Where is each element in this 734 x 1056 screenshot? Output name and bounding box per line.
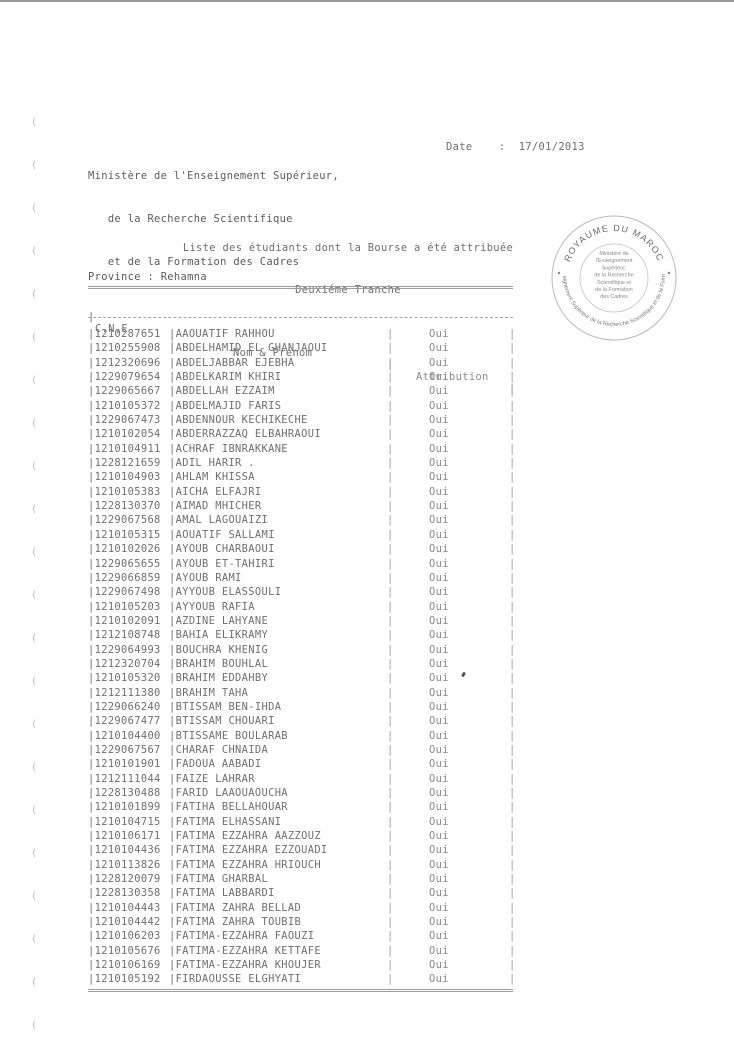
cell-cne: |1210104436 bbox=[88, 843, 161, 857]
cell-name: |AHLAM KHISSA bbox=[169, 470, 255, 484]
cell-cne: |1210255908 bbox=[88, 341, 161, 355]
cell-name: |FATIMA EZZAHRA HRIOUCH bbox=[169, 858, 321, 872]
cell-cne: |1210105383 bbox=[88, 485, 161, 499]
punch-mark: ( bbox=[31, 978, 37, 988]
cell-name: |CHARAF CHNAIDA bbox=[169, 743, 268, 757]
page-top-edge bbox=[0, 0, 734, 2]
cell-attribution: Oui bbox=[429, 557, 449, 571]
cell-attribution: Oui bbox=[429, 513, 449, 527]
cell-attribution: Oui bbox=[429, 499, 449, 513]
cell-attribution: Oui bbox=[429, 571, 449, 585]
cell-attribution: Oui bbox=[429, 643, 449, 657]
cell-name: |BTISSAM BEN-IHDA bbox=[169, 700, 281, 714]
cell-cne: |1228130488 bbox=[88, 786, 161, 800]
cell-attribution: Oui bbox=[429, 585, 449, 599]
cell-cne: |1210105203 bbox=[88, 600, 161, 614]
cell-attribution: Oui bbox=[429, 327, 449, 341]
cell-attribution: Oui bbox=[429, 470, 449, 484]
date-label: Date bbox=[446, 141, 472, 153]
cell-name: |ABDELHAMID EL GHANJAOUI bbox=[169, 341, 328, 355]
svg-text:l'Enseignement: l'Enseignement bbox=[596, 258, 633, 264]
cell-attribution: Oui bbox=[429, 442, 449, 456]
cell-attribution: Oui bbox=[429, 772, 449, 786]
column-header-attribution: Attribution bbox=[416, 371, 489, 383]
cell-cne: |1229067477 bbox=[88, 714, 161, 728]
punch-mark: ( bbox=[31, 849, 37, 859]
cell-attribution: Oui bbox=[429, 901, 449, 915]
cell-attribution: Oui bbox=[429, 929, 449, 943]
table-header-rule bbox=[88, 317, 513, 318]
document-title: Liste des étudiants dont la Bourse a été… bbox=[88, 241, 608, 255]
cell-name: |ABDELJABBAR EJEBHA bbox=[169, 356, 295, 370]
date-value: 17/01/2013 bbox=[519, 141, 585, 153]
cell-cne: |1210104400 bbox=[88, 729, 161, 743]
cell-name: |ABDELLAH EZZAIM bbox=[169, 384, 275, 398]
cell-name: |ACHRAF IBNRAKKANE bbox=[169, 442, 288, 456]
cell-attribution: Oui bbox=[429, 341, 449, 355]
document-title-block: Liste des étudiants dont la Bourse a été… bbox=[88, 213, 608, 311]
cell-cne: |1210105192 bbox=[88, 972, 161, 986]
cell-attribution: Oui bbox=[429, 657, 449, 671]
ministry-line: Ministère de l'Enseignement Supérieur, bbox=[88, 169, 339, 183]
cell-attribution: Oui bbox=[429, 384, 449, 398]
cell-cne: |1228130370 bbox=[88, 499, 161, 513]
cell-cne: |1210287651 bbox=[88, 327, 161, 341]
cell-cne: |1210105372 bbox=[88, 399, 161, 413]
cell-name: |BOUCHRA KHENIG bbox=[169, 643, 268, 657]
cell-name: |FATIHA BELLAHOUAR bbox=[169, 800, 288, 814]
punch-mark: ( bbox=[31, 290, 37, 300]
cell-attribution: Oui bbox=[429, 600, 449, 614]
punch-mark: ( bbox=[31, 462, 37, 472]
cell-attribution: Oui bbox=[429, 786, 449, 800]
cell-name: |FATIMA GHARBAL bbox=[169, 872, 268, 886]
cell-name: |ABDELKARIM KHIRI bbox=[169, 370, 281, 384]
punch-mark: ( bbox=[31, 591, 37, 601]
cell-cne: |1229066240 bbox=[88, 700, 161, 714]
cell-cne: |1212111380 bbox=[88, 686, 161, 700]
cell-name: |BAHIA ELIKRAMY bbox=[169, 628, 268, 642]
cell-cne: |1229065667 bbox=[88, 384, 161, 398]
cell-cne: |1210101899 bbox=[88, 800, 161, 814]
cell-cne: |1229064993 bbox=[88, 643, 161, 657]
cell-cne: |1210105315 bbox=[88, 528, 161, 542]
punch-mark: ( bbox=[31, 118, 37, 128]
cell-name: |AIMAD MHICHER bbox=[169, 499, 261, 513]
cell-cne: |1229067473 bbox=[88, 413, 161, 427]
cell-name: |BRAHIM TAHA bbox=[169, 686, 248, 700]
cell-attribution: Oui bbox=[429, 972, 449, 986]
table-bottom-rule bbox=[88, 989, 513, 992]
punch-mark: ( bbox=[31, 892, 37, 902]
punch-mark: ( bbox=[31, 247, 37, 257]
cell-attribution: Oui bbox=[429, 800, 449, 814]
cell-attribution: Oui bbox=[429, 858, 449, 872]
cell-attribution: Oui bbox=[429, 886, 449, 900]
cell-cne: |1210101901 bbox=[88, 757, 161, 771]
punch-mark: ( bbox=[31, 333, 37, 343]
cell-name: |AYOUB RAMI bbox=[169, 571, 242, 585]
cell-cne: |1212320696 bbox=[88, 356, 161, 370]
cell-attribution: Oui bbox=[429, 456, 449, 470]
cell-cne: |1210104911 bbox=[88, 442, 161, 456]
cell-attribution: Oui bbox=[429, 829, 449, 843]
stamp-outer-text: ROYAUME DU MAROC bbox=[562, 223, 666, 263]
cell-attribution: Oui bbox=[429, 729, 449, 743]
cell-attribution: Oui bbox=[429, 714, 449, 728]
cell-name: |AOUATIF SALLAMI bbox=[169, 528, 275, 542]
cell-cne: |1210102091 bbox=[88, 614, 161, 628]
cell-name: |FATIMA ELHASSANI bbox=[169, 815, 281, 829]
province-line: Province : Rehamna bbox=[88, 271, 207, 283]
punch-mark: ( bbox=[31, 677, 37, 687]
punch-mark: ( bbox=[31, 376, 37, 386]
cell-cne: |1228120079 bbox=[88, 872, 161, 886]
cell-name: |AYYOUB ELASSOULI bbox=[169, 585, 281, 599]
cell-cne: |1229067567 bbox=[88, 743, 161, 757]
cell-name: |AYOUB CHARBAOUI bbox=[169, 542, 275, 556]
cell-cne: |1210106169 bbox=[88, 958, 161, 972]
cell-attribution: Oui bbox=[429, 686, 449, 700]
punch-mark: ( bbox=[31, 548, 37, 558]
cell-cne: |1229065655 bbox=[88, 557, 161, 571]
province-label: Province bbox=[88, 271, 141, 283]
cell-attribution: Oui bbox=[429, 370, 449, 384]
cell-name: |FATIMA ZAHRA BELLAD bbox=[169, 901, 301, 915]
cell-attribution: Oui bbox=[429, 628, 449, 642]
cell-cne: |1212320704 bbox=[88, 657, 161, 671]
svg-text:de la Recherche: de la Recherche bbox=[594, 273, 633, 279]
cell-cne: |1228121659 bbox=[88, 456, 161, 470]
cell-attribution: Oui bbox=[429, 356, 449, 370]
cell-cne: |1212111044 bbox=[88, 772, 161, 786]
cell-cne: |1210105320 bbox=[88, 671, 161, 685]
cell-name: |FATIMA EZZAHRA AAZZOUZ bbox=[169, 829, 321, 843]
cell-name: |ABDENNOUR KECHIKECHE bbox=[169, 413, 308, 427]
cell-attribution: Oui bbox=[429, 427, 449, 441]
cell-name: |FATIMA-EZZAHRA FAOUZI bbox=[169, 929, 314, 943]
cell-cne: |1210104443 bbox=[88, 901, 161, 915]
official-stamp: ROYAUME DU MAROC Ministère de l'Enseigne… bbox=[549, 213, 679, 343]
punch-mark: ( bbox=[31, 763, 37, 773]
punch-mark: ( bbox=[31, 720, 37, 730]
cell-name: |FATIMA-EZZAHRA KETTAFE bbox=[169, 944, 321, 958]
cell-name: |BRAHIM EDDAHBY bbox=[169, 671, 268, 685]
cell-name: |AYYOUB RAFIA bbox=[169, 600, 255, 614]
cell-name: |FATIMA ZAHRA TOUBIB bbox=[169, 915, 301, 929]
cell-attribution: Oui bbox=[429, 757, 449, 771]
cell-attribution: Oui bbox=[429, 485, 449, 499]
cell-name: |FARID LAAOUAOUCHA bbox=[169, 786, 288, 800]
cell-attribution: Oui bbox=[429, 815, 449, 829]
cell-attribution: Oui bbox=[429, 700, 449, 714]
cell-name: |FATIMA EZZAHRA EZZOUADI bbox=[169, 843, 328, 857]
cell-cne: |1210106203 bbox=[88, 929, 161, 943]
punch-mark: ( bbox=[31, 1021, 37, 1031]
cell-cne: |1210106171 bbox=[88, 829, 161, 843]
cell-cne: |1210102026 bbox=[88, 542, 161, 556]
cell-name: |FATIMA-EZZAHRA KHOUJER bbox=[169, 958, 321, 972]
cell-name: |AAOUATIF RAHHOU bbox=[169, 327, 275, 341]
cell-attribution: Oui bbox=[429, 528, 449, 542]
ink-speck bbox=[461, 672, 466, 678]
cell-cne: |1229079654 bbox=[88, 370, 161, 384]
cell-cne: |1229067498 bbox=[88, 585, 161, 599]
cell-cne: |1228130358 bbox=[88, 886, 161, 900]
svg-text:de la Formation: de la Formation bbox=[595, 287, 632, 293]
cell-attribution: Oui bbox=[429, 743, 449, 757]
punch-mark: ( bbox=[31, 419, 37, 429]
cell-attribution: Oui bbox=[429, 944, 449, 958]
cell-cne: |1229067568 bbox=[88, 513, 161, 527]
cell-name: |FIRDAOUSSE ELGHYATI bbox=[169, 972, 301, 986]
cell-attribution: Oui bbox=[429, 542, 449, 556]
cell-name: |ADIL HARIR . bbox=[169, 456, 255, 470]
cell-attribution: Oui bbox=[429, 958, 449, 972]
cell-attribution: Oui bbox=[429, 671, 449, 685]
cell-cne: |1210113826 bbox=[88, 858, 161, 872]
cell-cne: |1210104903 bbox=[88, 470, 161, 484]
cell-attribution: Oui bbox=[429, 915, 449, 929]
cell-name: |ABDERRAZZAQ ELBAHRAOUI bbox=[169, 427, 321, 441]
cell-attribution: Oui bbox=[429, 399, 449, 413]
cell-attribution: Oui bbox=[429, 872, 449, 886]
cell-cne: |1210102054 bbox=[88, 427, 161, 441]
cell-name: |FADOUA AABADI bbox=[169, 757, 261, 771]
cell-name: |BTISSAME BOULARAB bbox=[169, 729, 288, 743]
cell-cne: |1212108748 bbox=[88, 628, 161, 642]
cell-cne: |1210104715 bbox=[88, 815, 161, 829]
cell-name: |AZDINE LAHYANE bbox=[169, 614, 268, 628]
cell-name: |BRAHIM BOUHLAL bbox=[169, 657, 268, 671]
cell-name: |FATIMA LABBARDI bbox=[169, 886, 275, 900]
punch-mark: ( bbox=[31, 806, 37, 816]
cell-cne: |1210104442 bbox=[88, 915, 161, 929]
cell-name: |BTISSAM CHOUARI bbox=[169, 714, 275, 728]
svg-text:Scientifique et: Scientifique et bbox=[597, 280, 631, 286]
cell-attribution: Oui bbox=[429, 614, 449, 628]
svg-text:Ministère de: Ministère de bbox=[599, 251, 628, 257]
cell-name: |AICHA ELFAJRI bbox=[169, 485, 261, 499]
svg-text:des Cadres: des Cadres bbox=[600, 294, 628, 300]
date-line: Date : 17/01/2013 bbox=[446, 141, 585, 153]
cell-name: |AYOUB ET-TAHIRI bbox=[169, 557, 275, 571]
punch-mark: ( bbox=[31, 505, 37, 515]
cell-cne: |1229066859 bbox=[88, 571, 161, 585]
cell-attribution: Oui bbox=[429, 843, 449, 857]
table-top-rule bbox=[88, 286, 513, 289]
table-header: | C.N.E | Nom & Prénom | Attribution | bbox=[88, 299, 518, 313]
cell-name: |ABDELMAJID FARIS bbox=[169, 399, 281, 413]
province-value: Rehamna bbox=[161, 271, 207, 283]
punch-mark: ( bbox=[31, 161, 37, 171]
punch-mark: ( bbox=[31, 204, 37, 214]
punch-mark: ( bbox=[31, 935, 37, 945]
cell-name: |FAIZE LAHRAR bbox=[169, 772, 255, 786]
svg-text:Supérieur,: Supérieur, bbox=[602, 265, 627, 271]
punch-mark: ( bbox=[31, 634, 37, 644]
cell-cne: |1210105676 bbox=[88, 944, 161, 958]
cell-name: |AMAL LAGOUAIZI bbox=[169, 513, 268, 527]
cell-attribution: Oui bbox=[429, 413, 449, 427]
